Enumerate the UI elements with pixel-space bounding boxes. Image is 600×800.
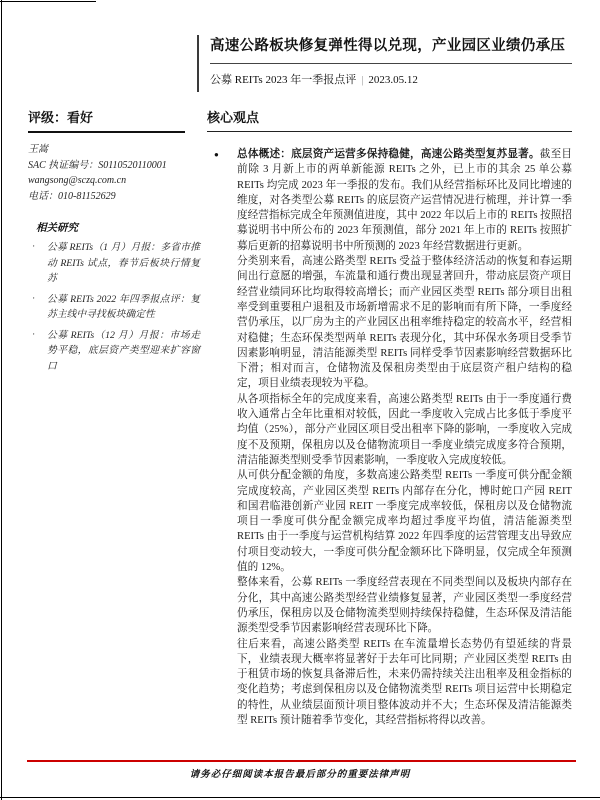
core-paragraph: 从各项指标全年的完成度来看，高速公路类型 REITs 由于一季度通行费收入通常占… <box>237 392 572 468</box>
rating-label: 评级： <box>28 110 67 125</box>
analyst-block: 王嵩SAC 执证编号：S0110520110001wangsong@sczq.c… <box>28 142 202 204</box>
page-border-bottom <box>0 797 600 798</box>
footer-disclaimer: 请务必仔细阅读本报告最后部分的重要法律声明 <box>0 766 600 780</box>
title-vertical-divider <box>197 35 199 92</box>
core-views-content: ● 总体概述：底层资产运营多保持稳健，高速公路类型复苏显著。截至目前除 3 月新… <box>207 147 572 728</box>
date-separator: | <box>361 74 363 86</box>
report-date: 2023.05.12 <box>368 74 418 86</box>
paragraph-lead: 总体概述：底层资产运营多保持稳健，高速公路类型复苏显著。 <box>237 149 540 160</box>
report-title: 高速公路板块修复弹性得以兑现，产业园区业绩仍承压 <box>210 36 576 56</box>
core-views-underline-rule <box>207 131 572 132</box>
footer-red-rule <box>27 760 576 762</box>
related-research-item: ·公募 REITs（1 月）月报：多省市推动 REITs 试点，春节后板块行情复… <box>28 240 200 287</box>
core-paragraph: 整体来看，公募 REITs 一季度经营表现在不同类型间以及板块内部存在分化，其中… <box>237 575 572 636</box>
related-research-heading: 相关研究 <box>36 220 78 235</box>
list-bullet-icon: · <box>32 327 35 343</box>
page-border-top-segment <box>0 1 96 2</box>
analyst-line: SAC 执证编号：S0110520110001 <box>28 158 202 174</box>
core-paragraph: 分类别来看，高速公路类型 REITs 受益于整体经济活动的恢复和春运期间出行意愿… <box>237 254 572 392</box>
page-border-left <box>1 0 2 800</box>
related-research-item: ·公募 REITs（12 月）月报：市场走势平稳，底层资产类型迎来扩容窗口 <box>28 328 200 375</box>
core-paragraphs: 总体概述：底层资产运营多保持稳健，高速公路类型复苏显著。截至目前除 3 月新上市… <box>237 147 572 728</box>
core-views-heading: 核心观点 <box>207 107 259 126</box>
core-paragraph: 总体概述：底层资产运营多保持稳健，高速公路类型复苏显著。截至目前除 3 月新上市… <box>237 147 572 254</box>
rating-value: 看好 <box>67 110 93 125</box>
title-underline-rule <box>210 63 572 64</box>
rating-underline-rule <box>28 131 185 133</box>
list-bullet-icon: · <box>32 239 35 255</box>
report-subtitle: 公募 REITs 2023 年一季报点评|2023.05.12 <box>210 71 576 87</box>
core-paragraph: 从可供分配金额的角度，多数高速公路类型 REITs 一季度可供分配金额完成度较高… <box>237 468 572 575</box>
report-series: 公募 REITs 2023 年一季报点评 <box>210 74 356 86</box>
bullet-dot-icon: ● <box>214 151 219 159</box>
report-page: { "header": { "title": "高速公路板块修复弹性得以兑现，产… <box>0 0 600 800</box>
analyst-line: wangsong@sczq.com.cn <box>28 173 202 189</box>
list-bullet-icon: · <box>32 291 35 307</box>
related-research-item: ·公募 REITs 2022 年四季报点评：复苏主线中寻找板块确定性 <box>28 292 200 323</box>
analyst-line: 王嵩 <box>28 142 202 158</box>
core-paragraph: 往后来看，高速公路类型 REITs 在车流量增长态势仍有望延续的背景下，业绩表现… <box>237 637 572 729</box>
analyst-line: 电话：010-81152629 <box>28 189 202 205</box>
related-research-list: ·公募 REITs（1 月）月报：多省市推动 REITs 试点，春节后板块行情复… <box>28 240 200 379</box>
rating-line: 评级：看好 <box>28 107 93 126</box>
